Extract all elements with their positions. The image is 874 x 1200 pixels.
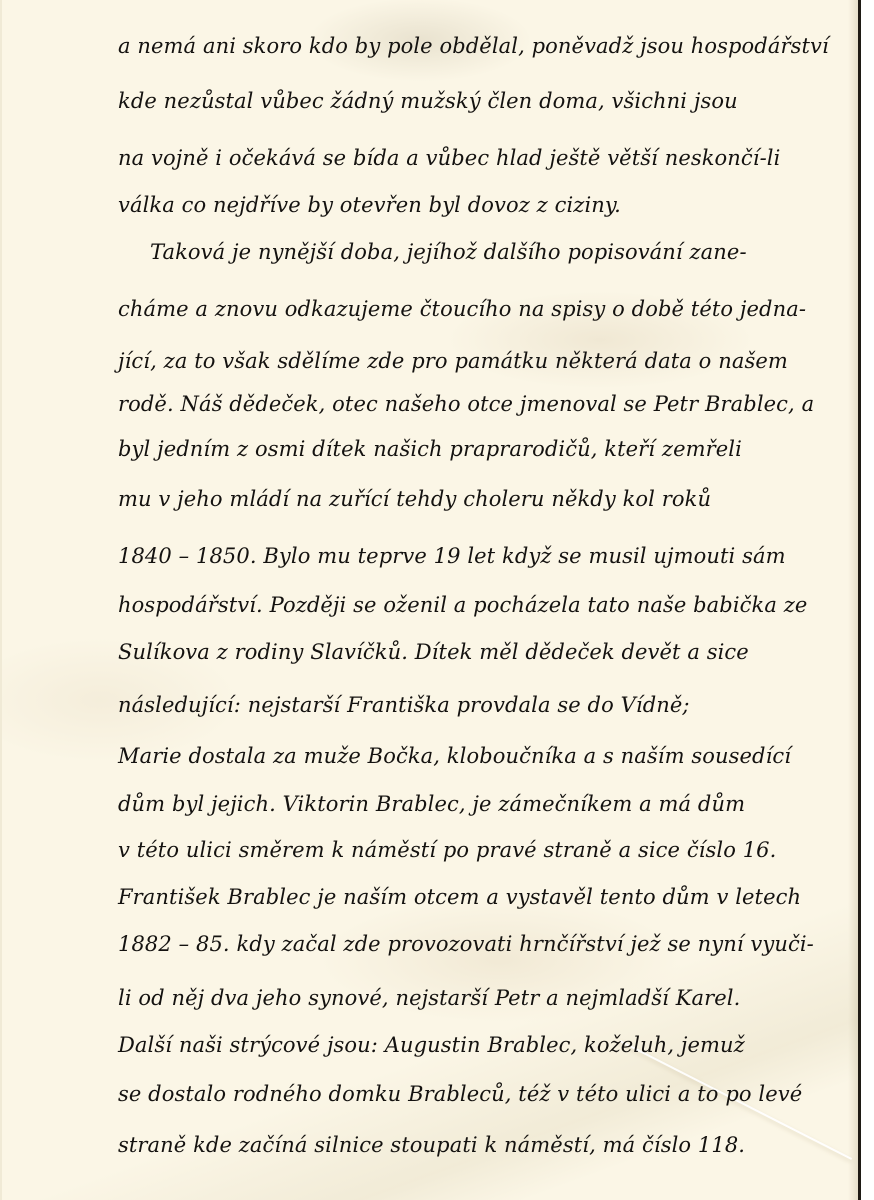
text-line: v této ulici směrem k náměstí po pravé s… xyxy=(118,838,776,862)
text-line: hospodářství. Později se oženil a pocház… xyxy=(118,593,807,617)
text-line: válka co nejdříve by otevřen byl dovoz z… xyxy=(118,193,621,217)
text-line: 1882 – 85. kdy začal zde provozovati hrn… xyxy=(118,932,814,956)
handwritten-text: a nemá ani skoro kdo by pole obdělal, po… xyxy=(0,0,860,1200)
text-line: cháme a znovu odkazujeme čtoucího na spi… xyxy=(118,297,806,321)
text-line: straně kde začíná silnice stoupati k nám… xyxy=(118,1133,745,1157)
text-line: Další naši strýcové jsou: Augustin Brabl… xyxy=(118,1033,745,1057)
text-line: byl jedním z osmi dítek našich praprarod… xyxy=(118,437,742,461)
text-line: František Brablec je naším otcem a vysta… xyxy=(118,885,801,909)
text-line: následující: nejstarší Františka provdal… xyxy=(118,693,690,717)
text-line: rodě. Náš dědeček, otec našeho otce jmen… xyxy=(118,392,814,416)
text-line: na vojně i očekává se bída a vůbec hlad … xyxy=(118,146,780,170)
text-line: a nemá ani skoro kdo by pole obdělal, po… xyxy=(118,34,829,58)
text-line: li od něj dva jeho synové, nejstarší Pet… xyxy=(118,986,740,1010)
text-line: 1840 – 1850. Bylo mu teprve 19 let když … xyxy=(118,544,786,568)
scanned-page: a nemá ani skoro kdo by pole obdělal, po… xyxy=(0,0,874,1200)
text-line: jící, za to však sdělíme zde pro památku… xyxy=(118,349,788,373)
text-line: mu v jeho mládí na zuřící tehdy choleru … xyxy=(118,487,711,511)
text-line: Sulíkova z rodiny Slavíčků. Dítek měl dě… xyxy=(118,640,749,664)
text-line: se dostalo rodného domku Brableců, též v… xyxy=(118,1082,802,1106)
text-line: dům byl jejich. Viktorin Brablec, je zám… xyxy=(118,792,745,816)
text-line: Marie dostala za muže Bočka, kloboučníka… xyxy=(118,744,791,768)
text-line: Taková je nynější doba, jejíhož dalšího … xyxy=(150,240,747,264)
text-line: kde nezůstal vůbec žádný mužský člen dom… xyxy=(118,89,738,113)
